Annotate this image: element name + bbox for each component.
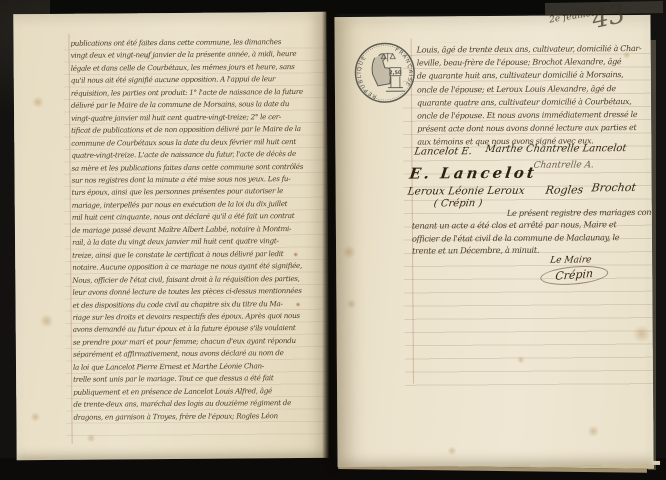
signature-brochot: Brochot: [591, 181, 637, 194]
signature-crepin-witness: ( Crépin ): [433, 198, 483, 209]
revenue-stamp: RÉPUBLIQUE FRANÇAISE 2,50: [354, 42, 416, 104]
signature-lancelot-e: Lancelot E.: [414, 146, 473, 157]
mayor-title: Le Maire: [549, 255, 592, 265]
manuscript-line: sa mère et les publications faites dans …: [71, 160, 329, 174]
scanned-register-photo: { "document_kind": "acte de mariage manu…: [0, 0, 666, 480]
signature-rogles: Rogles: [545, 183, 584, 196]
manuscript-text-right: Louis, âgé de trente deux ans, cultivate…: [417, 42, 654, 149]
stain: [40, 314, 54, 328]
manuscript-line: présent acte dont nous avons donné lectu…: [417, 121, 653, 136]
stain: [87, 434, 96, 443]
signature-e-lancelot: E. Lancelot: [408, 164, 538, 183]
right-manuscript-page: RÉPUBLIQUE FRANÇAISE 2,50 Louis, âgé de …: [334, 15, 653, 467]
stain: [342, 245, 356, 259]
left-manuscript-page: publications ont été faites dans cette c…: [13, 12, 329, 460]
mayor-signature: Crépin: [540, 264, 609, 287]
stain: [447, 446, 456, 455]
stain: [633, 325, 651, 343]
stain: [346, 299, 356, 309]
signature-marthe-chantrelle: Marthe Chantrelle Lancelot: [485, 143, 628, 155]
manuscript-text-left: publications ont été faites dans cette c…: [70, 36, 329, 424]
manuscript-line: réquisition, les parties ont produit: 1°…: [71, 86, 330, 100]
stain: [587, 425, 599, 437]
closing-line: officier de l'état civil de la commune d…: [412, 231, 654, 245]
stain: [32, 96, 44, 108]
manuscript-line: légale et dans celle de Courbétaux, les …: [71, 61, 330, 75]
manuscript-line: de mariage passé devant Maître Albert La…: [72, 223, 330, 237]
register-closing-statement: Le présent registre des mariages con-ten…: [412, 206, 654, 257]
closing-line: trente et un Décembre, à minuit.: [412, 243, 654, 257]
signature-chantrelle: Chantrelle A.: [533, 160, 595, 170]
manuscript-line: leur avons donné lecture de toutes les p…: [72, 285, 329, 299]
manuscript-line: de quarante huit ans, cultivateur domici…: [417, 68, 653, 83]
manuscript-line: se prendre pour mari et pour femme; chac…: [73, 335, 330, 349]
manuscript-line: dragons, en garnison à Troyes, frère de …: [73, 409, 329, 423]
stain: [30, 412, 40, 422]
signature-leonie-leroux: Leroux Léonie Leroux: [407, 185, 526, 198]
stain: [517, 356, 525, 364]
stamp-value: 2,50: [389, 70, 402, 76]
